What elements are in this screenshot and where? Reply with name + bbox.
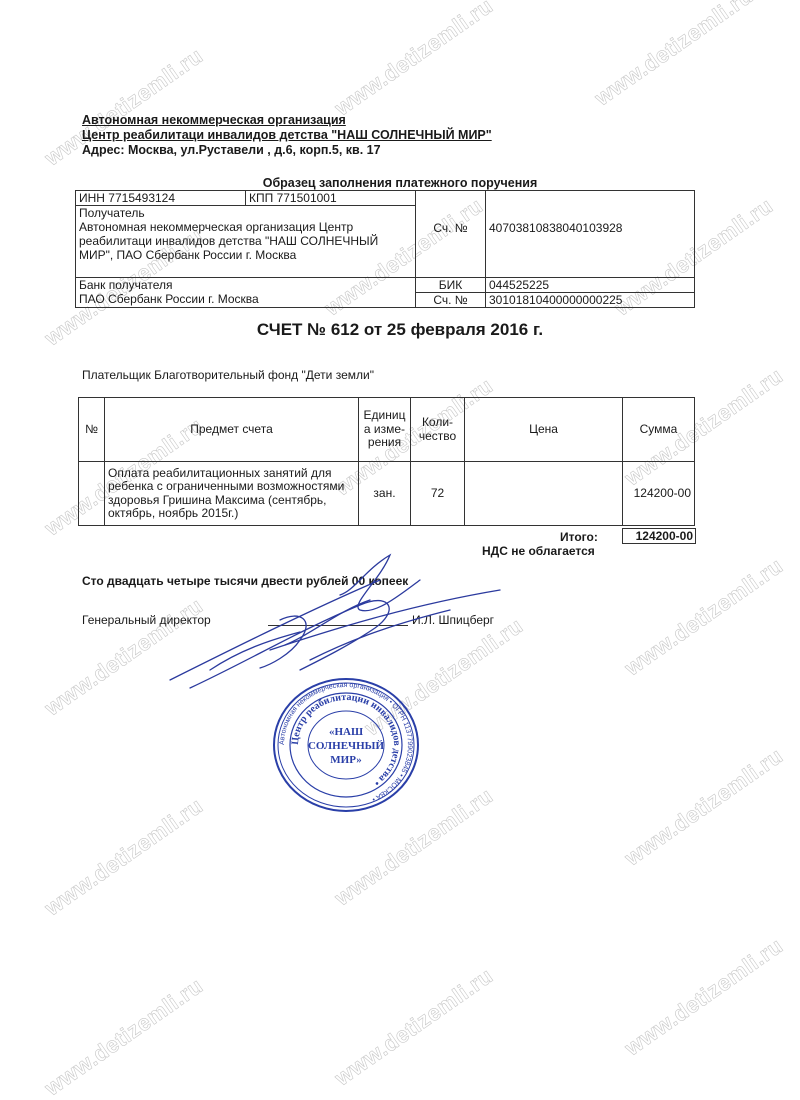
account-number: 40703810838040103928	[486, 191, 695, 278]
account-label: Сч. №	[416, 191, 486, 278]
total-value: 124200-00	[622, 528, 696, 544]
org-line-2: Центр реабилитаци инвалидов детства "НАШ…	[82, 128, 492, 143]
table-row: Оплата реабилитационных занятий для ребе…	[79, 462, 695, 526]
bank-cell: Банк получателя ПАО Сбербанк России г. М…	[76, 278, 416, 308]
org-line-1: Автономная некоммерческая организация	[82, 113, 492, 128]
bank-label: Банк получателя	[79, 278, 412, 292]
watermark-text: www.detizemli.ru	[620, 743, 788, 871]
watermark-text: www.detizemli.ru	[40, 973, 208, 1100]
bank-name: ПАО Сбербанк России г. Москва	[79, 292, 412, 306]
inn-cell: ИНН 7715493124	[76, 191, 246, 206]
watermark-text: www.detizemli.ru	[620, 933, 788, 1061]
recipient-label: Получатель	[79, 206, 412, 220]
stamp-icon: Автономная некоммерческая организация • …	[266, 675, 426, 815]
payer-line: Плательщик Благотворительный фонд "Дети …	[82, 368, 374, 382]
stamp-center-2: СОЛНЕЧНЫЙ	[308, 740, 384, 752]
col-header-qty: Коли-чество	[411, 398, 465, 462]
row-subject: Оплата реабилитационных занятий для ребе…	[105, 462, 359, 526]
org-address: Адрес: Москва, ул.Руставели , д.6, корп.…	[82, 143, 492, 158]
watermark-text: www.detizemli.ru	[620, 553, 788, 681]
organization-header: Автономная некоммерческая организация Це…	[82, 113, 492, 158]
watermark-text: www.detizemli.ru	[330, 963, 498, 1091]
bik-value: 044525225	[486, 278, 695, 293]
recipient-cell: Получатель Автономная некоммерческая орг…	[76, 206, 416, 278]
total-label: Итого:	[560, 530, 598, 544]
kpp-cell: КПП 771501001	[246, 191, 416, 206]
row-price	[465, 462, 623, 526]
col-header-price: Цена	[465, 398, 623, 462]
watermark-text: www.detizemli.ru	[330, 0, 498, 121]
col-header-unit: Единиц а изме-рения	[359, 398, 411, 462]
stamp-center-3: МИР»	[330, 754, 361, 766]
invoice-items-table: № Предмет счета Единиц а изме-рения Коли…	[78, 397, 695, 526]
row-unit: зан.	[359, 462, 411, 526]
col-header-number: №	[79, 398, 105, 462]
invoice-title: СЧЕТ № 612 от 25 февраля 2016 г.	[0, 320, 800, 340]
corr-account-value: 30101810400000000225	[486, 293, 695, 308]
stamp-center-1: «НАШ	[329, 726, 363, 738]
col-header-subject: Предмет счета	[105, 398, 359, 462]
row-number	[79, 462, 105, 526]
col-header-sum: Сумма	[623, 398, 695, 462]
watermark-text: www.detizemli.ru	[590, 0, 758, 111]
recipient-text: Автономная некоммерческая организация Це…	[79, 220, 399, 262]
bank-details-table: ИНН 7715493124 КПП 771501001 Сч. № 40703…	[75, 190, 695, 308]
row-qty: 72	[411, 462, 465, 526]
row-sum: 124200-00	[623, 462, 695, 526]
payment-sample-title: Образец заполнения платежного поручения	[0, 176, 800, 190]
corr-account-label: Сч. №	[416, 293, 486, 308]
bik-label: БИК	[416, 278, 486, 293]
watermark-text: www.detizemli.ru	[40, 793, 208, 921]
